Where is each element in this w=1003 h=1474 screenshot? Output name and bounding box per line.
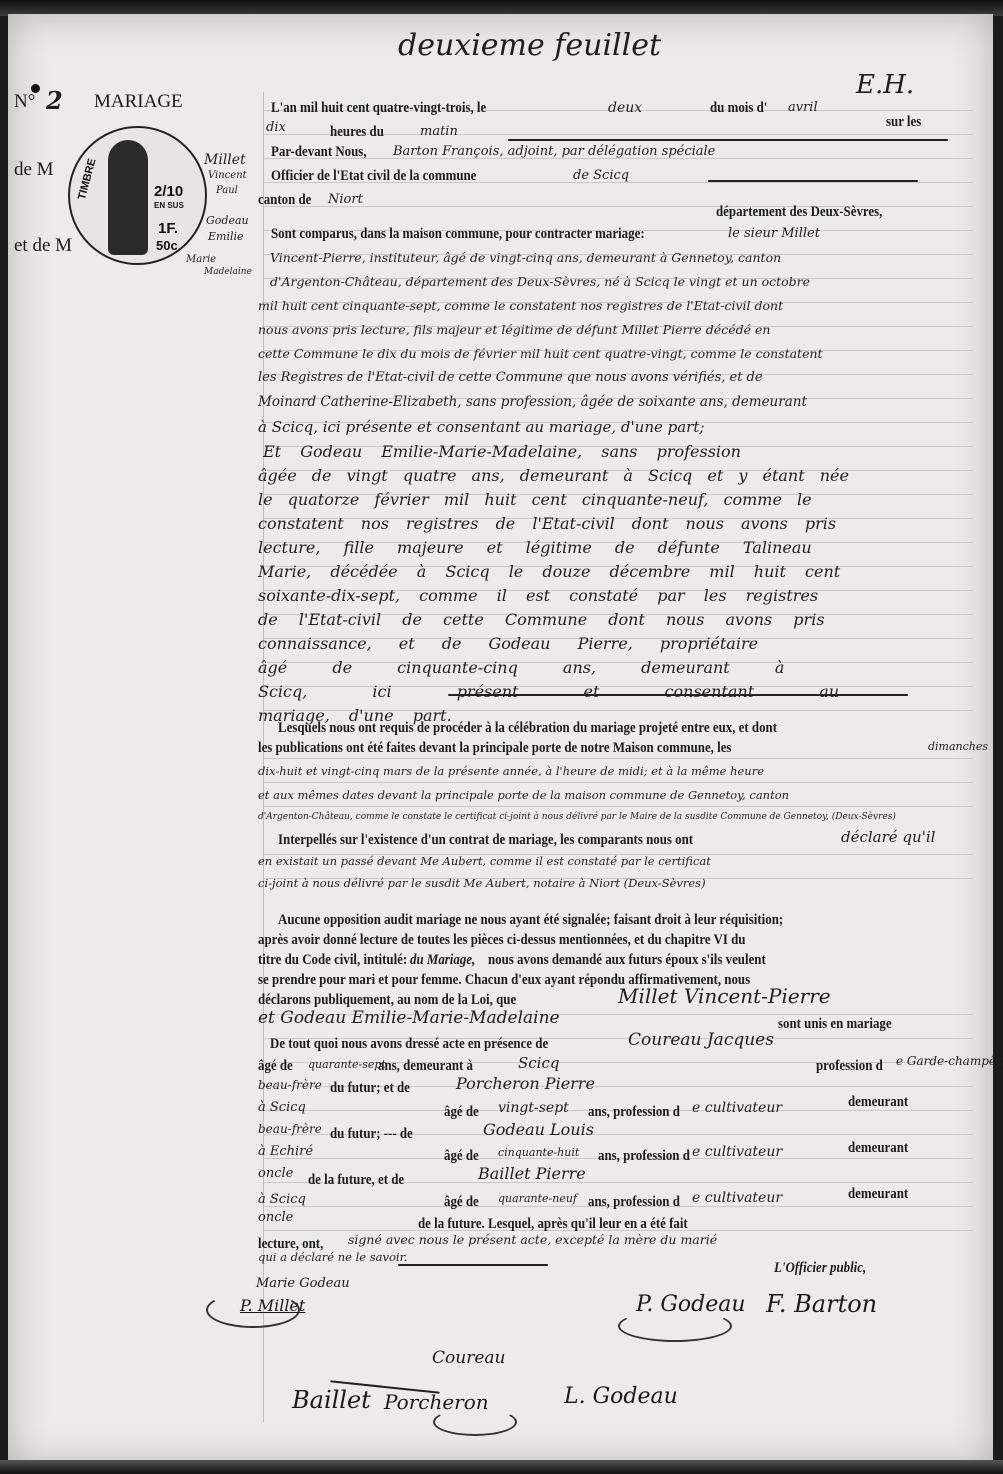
groom-prefix: de M <box>14 159 54 181</box>
top-annotation: deuxieme feuillet <box>398 28 661 63</box>
signature-baillet: Baillet <box>292 1386 371 1414</box>
corner-initials: E.H. <box>856 70 914 100</box>
signature-marie-godeau: Marie Godeau <box>256 1276 350 1291</box>
justice-figure-icon <box>108 140 148 255</box>
scan-bottom-edge <box>0 1460 1003 1474</box>
spouse-groom: Millet Vincent-Pierre <box>618 984 831 1008</box>
bride-prefix: et de M <box>14 235 72 257</box>
signature-l-godeau: L. Godeau <box>564 1384 678 1409</box>
signature-officer-barton: F. Barton <box>766 1290 877 1318</box>
signature-coureau: Coureau <box>432 1348 505 1368</box>
register-page: deuxieme feuillet E.H. N° 2 MARIAGE de M… <box>8 14 993 1466</box>
fiscal-stamp: TIMBRE 2/10 EN SUS 1F. 50c <box>68 126 207 265</box>
record-number-prefix: N° <box>14 91 35 113</box>
record-type: MARIAGE <box>94 91 183 113</box>
officer-label: L'Officier public, <box>774 1260 866 1277</box>
record-number: 2 <box>46 86 63 115</box>
spouse-bride: et Godeau Emilie-Marie-Madelaine <box>258 1008 560 1028</box>
